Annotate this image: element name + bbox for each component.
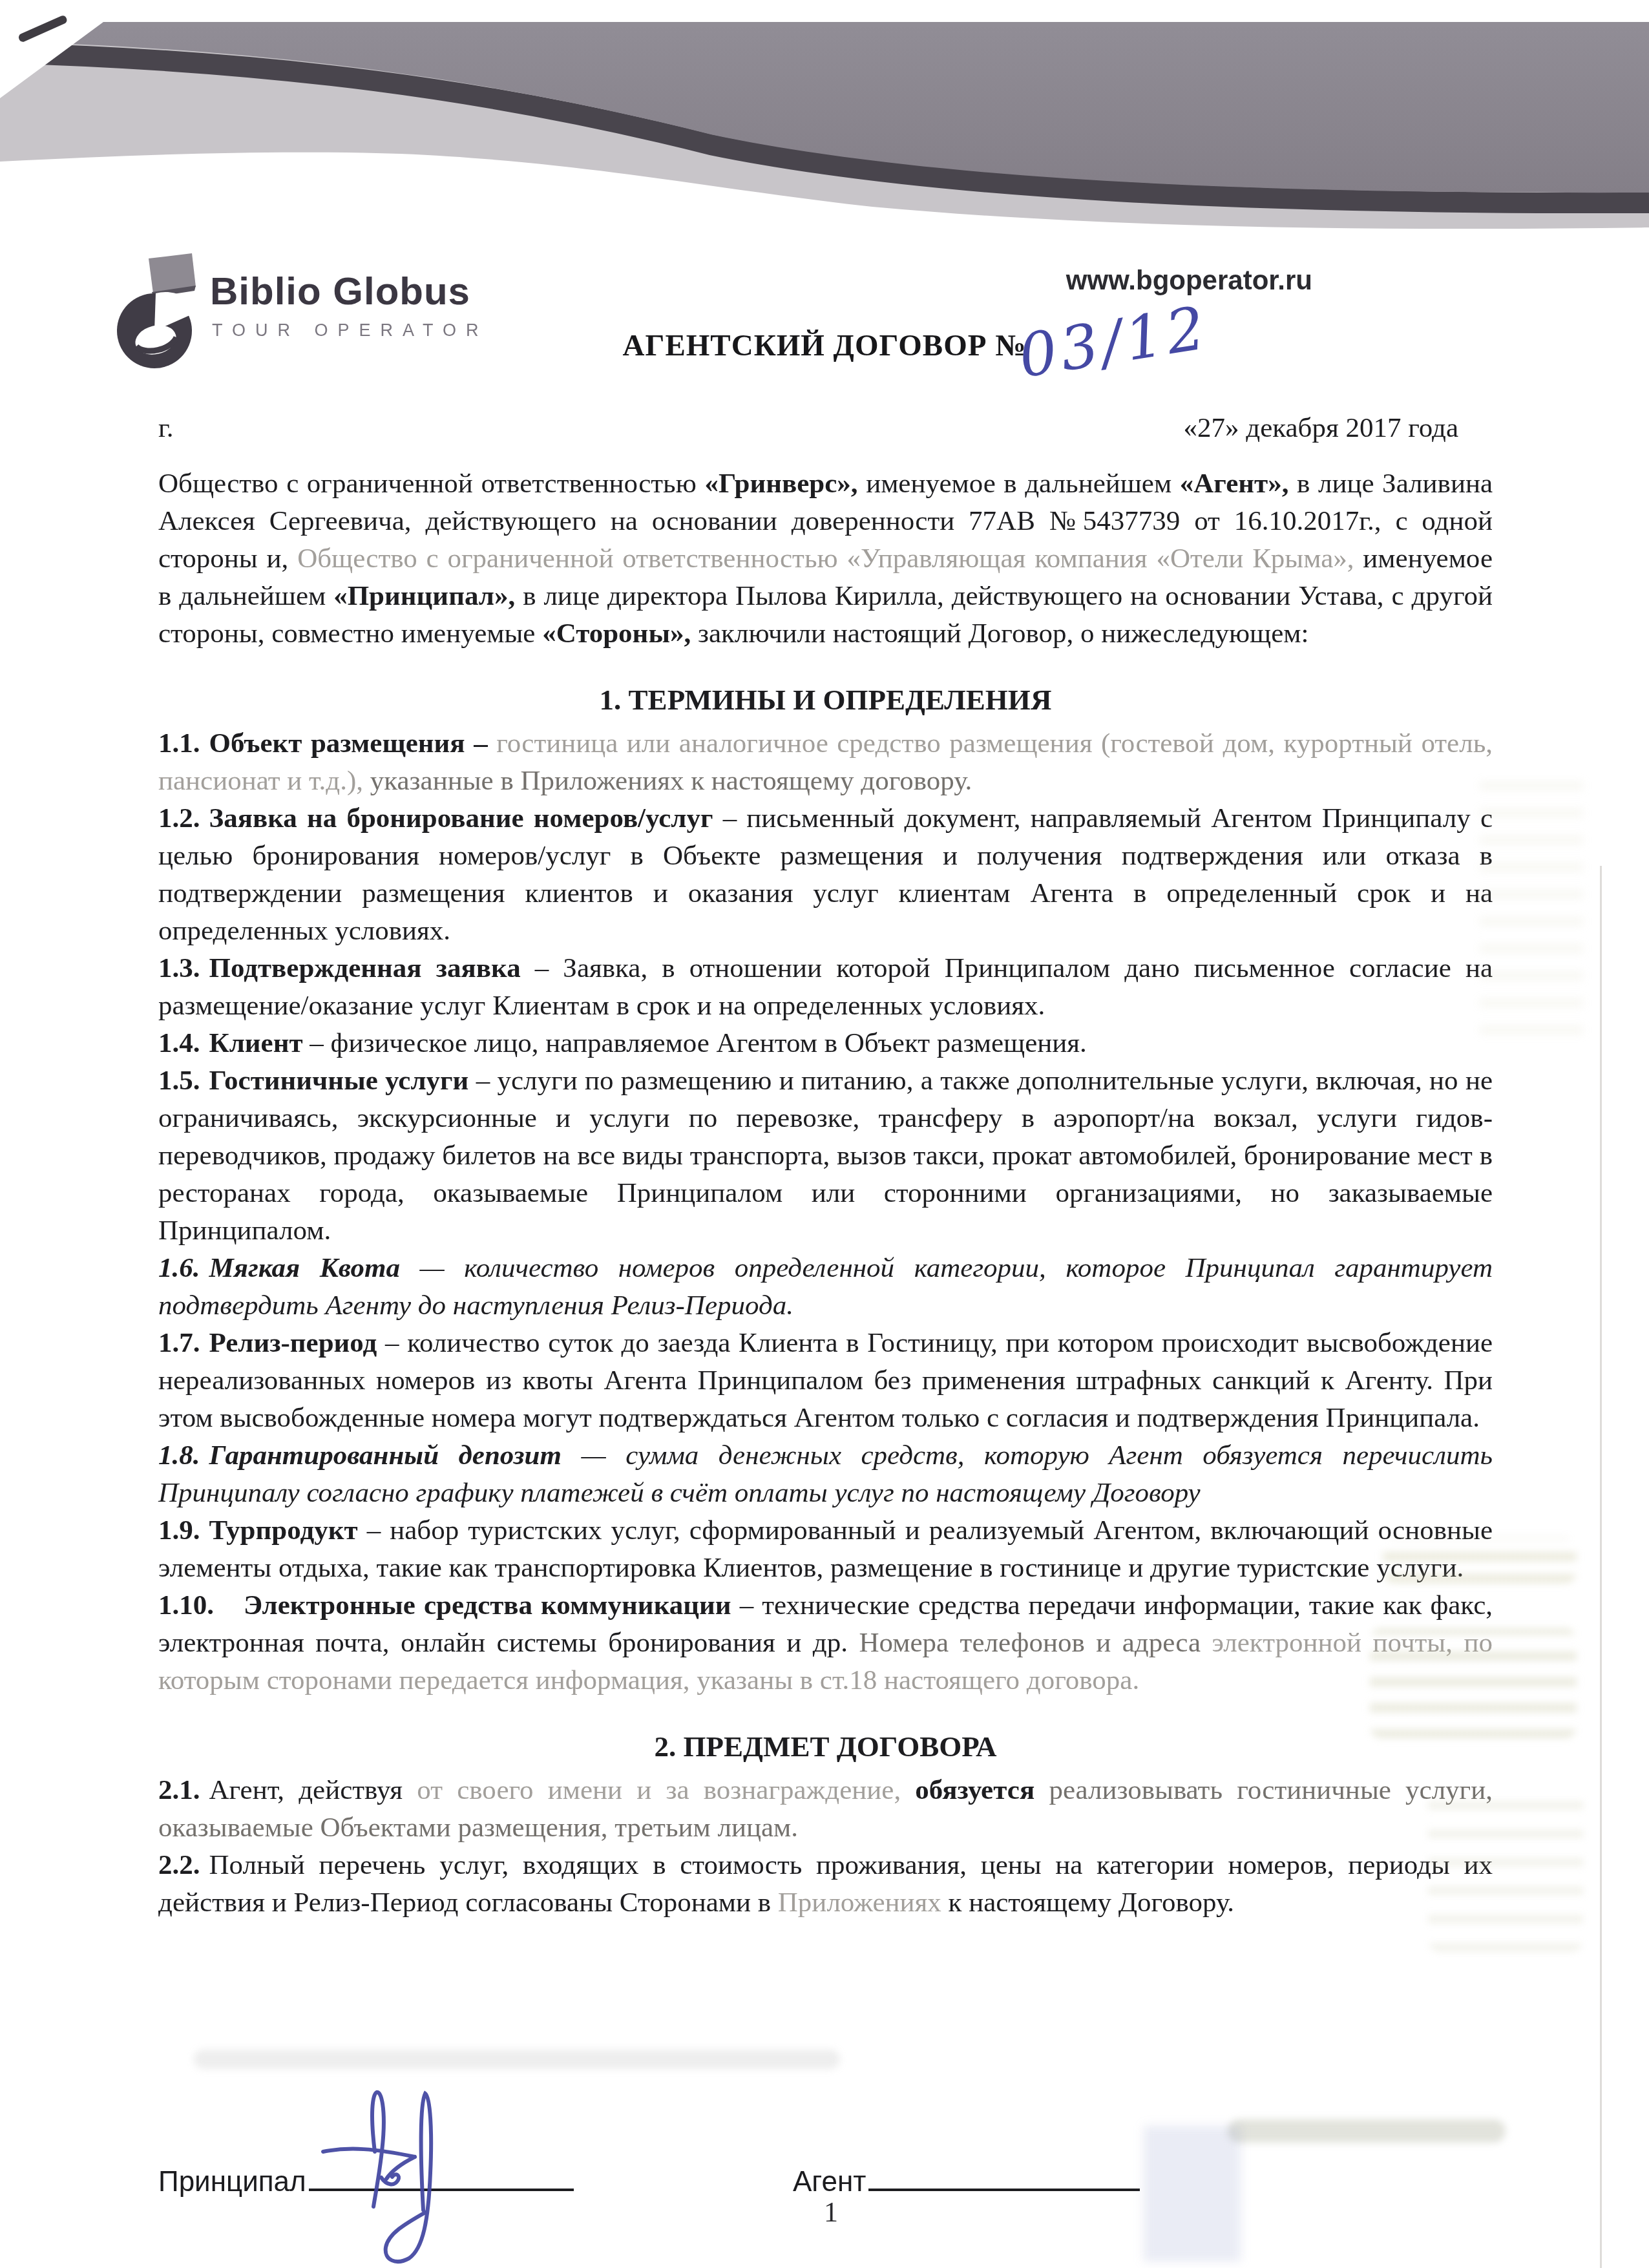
text-segment: Общество с ограниченной ответственностью… [297, 543, 1354, 574]
clause-number: 1.7. [158, 1328, 200, 1358]
clause-term: Гарантированный депозит [209, 1440, 562, 1471]
intro-paragraph: Общество с ограниченной ответственностью… [158, 465, 1493, 653]
contract-clause: 1.7.Релиз-период – количество суток до з… [158, 1325, 1493, 1437]
clause-number: 1.5. [158, 1066, 200, 1096]
website-url: www.bgoperator.ru [1066, 265, 1312, 296]
text-segment: именуемое в дальнейшем [858, 468, 1180, 499]
contract-clause: 1.10.Электронные средства коммуникации –… [158, 1587, 1493, 1699]
clause-number: 1.6. [158, 1253, 200, 1283]
text-segment: Приложениях [778, 1887, 941, 1918]
clause-number: 1.8. [158, 1440, 200, 1471]
document-title: АГЕНТСКИЙ ДОГОВОР № [623, 329, 1027, 362]
page-number: 1 [799, 2196, 863, 2229]
clause-term: Релиз-период [209, 1328, 377, 1358]
clause-term: Гостиничные услуги [209, 1066, 469, 1096]
clause-number: 1.1. [158, 728, 200, 759]
text-segment: Общество с ограниченной ответственностью [158, 468, 704, 499]
contract-clause: 2.2.Полный перечень услуг, входящих в ст… [158, 1847, 1493, 1922]
text-segment: Номера телефонов и адреса [859, 1628, 1212, 1658]
clause-number: 1.3. [158, 953, 200, 983]
clause-number: 2.1. [158, 1775, 200, 1805]
clause-number: 1.2. [158, 803, 200, 834]
city-prefix: г. [158, 412, 174, 444]
text-segment: – набор туристских услуг, сформированный… [158, 1515, 1493, 1583]
contract-clause: 1.5.Гостиничные услуги – услуги по разме… [158, 1062, 1493, 1250]
clause-term: Клиент [209, 1028, 303, 1058]
text-segment: «Стороны», [542, 618, 691, 649]
contract-clause: 1.8.Гарантированный депозит — сумма дене… [158, 1437, 1493, 1512]
clause-term: Заявка на бронирование номеров/услуг [209, 803, 713, 834]
text-segment: к настоящему Договору. [941, 1887, 1234, 1918]
clause-term: Турпродукт [209, 1515, 358, 1546]
text-segment: указанные в Приложениях к настоящему дог… [370, 766, 972, 796]
clause-term: Электронные средства коммуникации [244, 1590, 731, 1621]
text-segment: – физическое лицо, направляемое Агентом … [303, 1028, 1087, 1058]
brand-name: Biblio Globus [210, 269, 470, 313]
document-title-row: АГЕНТСКИЙ ДОГОВОР № 03/12 [0, 328, 1649, 363]
contract-clause: 1.6.Мягкая Квота — количество номеров оп… [158, 1250, 1493, 1325]
clause-number: 1.9. [158, 1515, 200, 1546]
scan-artifact-line [1600, 866, 1602, 2268]
sections: 1. ТЕРМИНЫ И ОПРЕДЕЛЕНИЯ1.1.Объект разме… [158, 681, 1493, 1922]
section-title: 1. ТЕРМИНЫ И ОПРЕДЕЛЕНИЯ [158, 681, 1493, 719]
scanned-contract-page: Biblio Globus TOUR OPERATOR www.bgoperat… [0, 0, 1649, 2268]
clause-number: 1.10. [158, 1590, 214, 1621]
clause-number: 1.4. [158, 1028, 200, 1058]
contract-date: «27» декабря 2017 года [1184, 412, 1459, 444]
clause-term: Подтвержденная заявка [209, 953, 521, 983]
contract-clause: 1.1.Объект размещения – гостиница или ан… [158, 725, 1493, 800]
contract-clause: 1.2.Заявка на бронирование номеров/услуг… [158, 800, 1493, 950]
contract-clause: 2.1.Агент, действуя от своего имени и за… [158, 1772, 1493, 1847]
text-segment: заключили настоящий Договор, о нижеследу… [691, 618, 1308, 649]
contract-clause: 1.4.Клиент – физическое лицо, направляем… [158, 1025, 1493, 1062]
text-segment: Агент, действуя [209, 1775, 417, 1805]
clause-number: 2.2. [158, 1850, 200, 1880]
section-title: 2. ПРЕДМЕТ ДОГОВОРА [158, 1728, 1493, 1765]
text-segment: «Гринверс», [704, 468, 857, 499]
agent-signature-block: Агент [793, 2166, 1140, 2198]
text-segment: «Агент», [1180, 468, 1289, 499]
handwritten-signature [278, 2053, 562, 2268]
contract-body: Общество с ограниченной ответственностью… [158, 465, 1493, 1922]
letterhead-wave-graphic [0, 0, 1649, 246]
contract-clause: 1.3.Подтвержденная заявка – Заявка, в от… [158, 950, 1493, 1025]
contract-clause: 1.9.Турпродукт – набор туристских услуг,… [158, 1512, 1493, 1587]
text-segment: от своего имени и за вознаграждение, [417, 1775, 915, 1805]
text-segment: – [465, 728, 497, 759]
clause-term: Мягкая Квота [209, 1253, 400, 1283]
showthrough-smudge [1480, 762, 1583, 1034]
text-segment: «Принципал», [333, 581, 515, 611]
text-segment: обязуется [915, 1775, 1049, 1805]
agent-label: Агент [793, 2166, 866, 2198]
showthrough-smudge [1228, 2119, 1506, 2143]
clause-term: Объект размещения [209, 728, 465, 759]
agent-signature-line [868, 2182, 1140, 2191]
